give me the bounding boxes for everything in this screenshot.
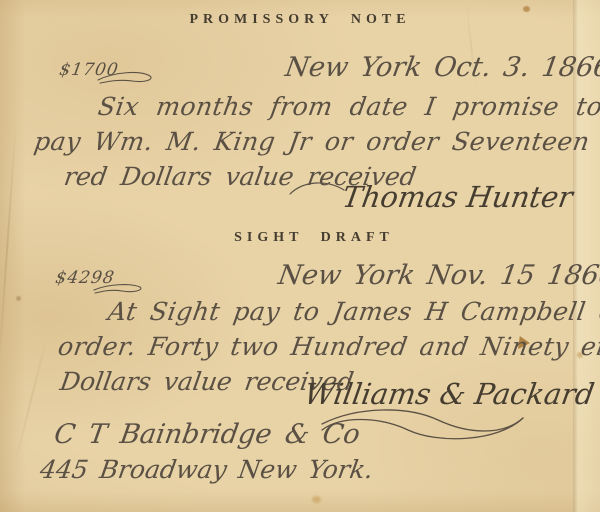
sight-draft-body-line1: At Sight pay to James H Campbell or [106, 297, 600, 326]
sight-draft-signature: Williams & Packard [302, 377, 597, 411]
document-sheet: PROMISSORY NOTE $1700 New York Oct. 3. 1… [0, 0, 600, 512]
sight-draft-body-line2: order. Forty two Hundred and Ninety eigh… [56, 332, 600, 361]
sight-draft-amount: $4298 [54, 268, 116, 288]
promissory-note-heading: PROMISSORY NOTE [0, 12, 600, 28]
promissory-note-signature: Thomas Hunter [340, 180, 575, 214]
promissory-note-body-line1: Six months from date I promise to [96, 92, 600, 121]
paper-crease [13, 332, 49, 468]
paper-crease [0, 120, 17, 380]
promissory-note-dateline: New York Oct. 3. 1866. [283, 52, 600, 83]
promissory-note-body-line2: pay Wm. M. King Jr or order Seventeen Hu… [32, 127, 600, 156]
promissory-note-amount: $1700 [58, 60, 120, 80]
sight-draft-dateline: New York Nov. 15 1866. [276, 260, 600, 291]
drawee-address: 445 Broadway New York. [38, 455, 375, 484]
paper-stain [312, 496, 321, 503]
paper-stain [16, 296, 21, 301]
sight-draft-heading: SIGHT DRAFT [14, 230, 600, 246]
drawee-firm: C T Bainbridge & Co [52, 419, 362, 450]
